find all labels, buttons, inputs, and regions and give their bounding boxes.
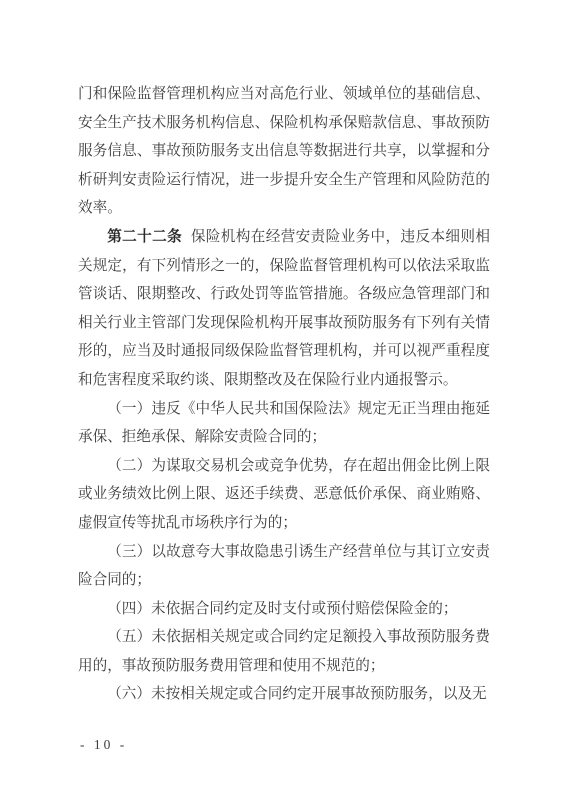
paragraph-text: （六）未按相关规定或合同约定开展事故预防服务，以及无 bbox=[107, 686, 486, 702]
document-page: 门和保险监督管理机构应当对高危行业、领域单位的基础信息、安全生产技术服务机构信息… bbox=[0, 0, 565, 800]
list-item: （三）以故意夸大事故隐患引诱生产经营单位与其订立安责险合同的； bbox=[78, 538, 490, 595]
paragraph-text: （四）未依据合同约定及时支付或预付赔偿保险金的； bbox=[107, 601, 457, 617]
list-item: （五）未依据相关规定或合同约定足额投入事故预防服务费用的，事故预防服务费用管理和… bbox=[78, 623, 490, 680]
article-number: 第二十二条 bbox=[107, 229, 182, 245]
paragraph-text: 门和保险监督管理机构应当对高危行业、领域单位的基础信息、安全生产技术服务机构信息… bbox=[78, 86, 490, 216]
paragraph: 门和保险监督管理机构应当对高危行业、领域单位的基础信息、安全生产技术服务机构信息… bbox=[78, 80, 490, 223]
document-body: 门和保险监督管理机构应当对高危行业、领域单位的基础信息、安全生产技术服务机构信息… bbox=[78, 80, 490, 709]
list-item: （四）未依据合同约定及时支付或预付赔偿保险金的； bbox=[78, 595, 490, 624]
page-number: - 10 - bbox=[80, 737, 127, 753]
paragraph-text: （二）为谋取交易机会或竞争优势，存在超出佣金比例上限或业务绩效比例上限、返还手续… bbox=[78, 458, 490, 531]
paragraph-text: （三）以故意夸大事故隐患引诱生产经营单位与其订立安责险合同的； bbox=[78, 544, 490, 589]
paragraph-text: （一）违反《中华人民共和国保险法》规定无正当理由拖延承保、拒绝承保、解除安责险合… bbox=[78, 401, 490, 446]
list-item: （一）违反《中华人民共和国保险法》规定无正当理由拖延承保、拒绝承保、解除安责险合… bbox=[78, 395, 490, 452]
paragraph: 第二十二条保险机构在经营安责险业务中，违反本细则相关规定，有下列情形之一的，保险… bbox=[78, 223, 490, 395]
list-item: （二）为谋取交易机会或竞争优势，存在超出佣金比例上限或业务绩效比例上限、返还手续… bbox=[78, 452, 490, 538]
paragraph-text: （五）未依据相关规定或合同约定足额投入事故预防服务费用的，事故预防服务费用管理和… bbox=[78, 629, 490, 674]
list-item: （六）未按相关规定或合同约定开展事故预防服务，以及无 bbox=[78, 680, 490, 709]
paragraph-text: 保险机构在经营安责险业务中，违反本细则相关规定，有下列情形之一的，保险监督管理机… bbox=[78, 229, 490, 388]
